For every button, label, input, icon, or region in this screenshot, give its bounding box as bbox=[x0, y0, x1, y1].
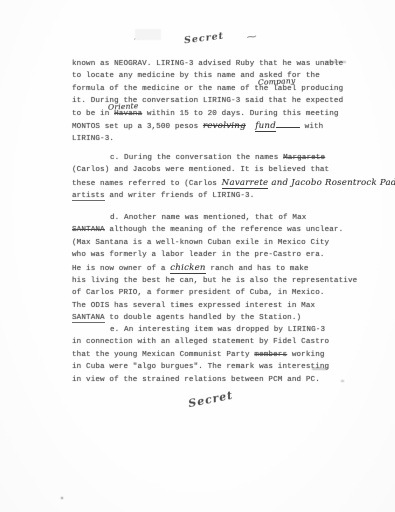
handwritten-insertion: chicken bbox=[170, 263, 206, 274]
typed-line: who was formerly a labor leader in the p… bbox=[72, 249, 354, 261]
struck-word: Margarete bbox=[283, 154, 325, 162]
struck-word: SANTANA bbox=[72, 226, 105, 234]
typed-text: and writer friends of LIRING-3. bbox=[105, 192, 255, 200]
scanned-document-page: ~ Secret ~ known as NEOGRAV. LIRING-3 ad… bbox=[0, 0, 395, 512]
typed-line: his living the best he can, but he is al… bbox=[72, 275, 354, 287]
handwritten-names: and Jacobo Rosentrock Padilla bbox=[268, 178, 395, 188]
typed-text: formula of the medicine or the name of t… bbox=[72, 85, 273, 93]
paragraph-c: c. During the conversation the names Mar… bbox=[72, 152, 354, 203]
paragraph-d: d. Another name was mentioned, that of M… bbox=[72, 212, 354, 325]
secret-stamp-top: Secret bbox=[183, 31, 224, 47]
typed-line: LIRING-3. bbox=[72, 133, 354, 145]
typed-text: He is now owner of a bbox=[72, 265, 170, 273]
fill-in-blank-line bbox=[276, 120, 300, 128]
typed-line: formula of the medicine or the name of t… bbox=[72, 83, 354, 95]
typed-line: in connection with an alleged statement … bbox=[72, 336, 354, 348]
typed-line: (Max Santana is a well-known Cuban exile… bbox=[72, 237, 354, 249]
typed-text: MONTOS set up a 3,500 pesos bbox=[72, 123, 203, 131]
typed-text: these names referred to (Carlos bbox=[72, 180, 222, 188]
scan-smudge bbox=[135, 29, 161, 40]
typed-line: to be in Havana within 15 to 20 days. Du… bbox=[72, 108, 354, 120]
typed-line: in view of the strained relations betwee… bbox=[72, 374, 354, 386]
typed-text: that the young Mexican Communist Party bbox=[72, 351, 254, 359]
pen-squiggle-right-icon: ~ bbox=[245, 29, 258, 43]
typed-line: in Cuba were "algo burgues". The remark … bbox=[72, 361, 354, 373]
typed-line: He is now owner of a chicken ranch and h… bbox=[72, 262, 354, 275]
handwritten-struck-word: revolving bbox=[203, 121, 246, 131]
scan-dot-left-bottom bbox=[61, 497, 63, 499]
typed-line: these names referred to (Carlos Navarret… bbox=[72, 177, 354, 190]
handwritten-name: Navarrete bbox=[222, 178, 269, 189]
typed-line: known as NEOGRAV. LIRING-3 advised Ruby … bbox=[72, 58, 354, 70]
typed-line: c. During the conversation the names Mar… bbox=[72, 152, 354, 164]
secret-stamp-bottom: Secret bbox=[187, 389, 234, 410]
typed-line: that the young Mexican Communist Party m… bbox=[72, 349, 354, 361]
typed-line: SANTANA although the meaning of the refe… bbox=[72, 224, 354, 236]
typed-line: e. An interesting item was dropped by LI… bbox=[72, 324, 354, 336]
handwritten-insertion: fund bbox=[255, 121, 276, 132]
typed-text: producing bbox=[297, 85, 344, 93]
typed-line: artists and writer friends of LIRING-3. bbox=[72, 190, 354, 202]
typed-line: SANTANA to double agents handled by the … bbox=[72, 312, 354, 324]
typed-line: The ODIS has several times expressed int… bbox=[72, 300, 354, 312]
typed-line: to locate any medicine by this name and … bbox=[72, 70, 354, 82]
typed-text: with bbox=[300, 123, 323, 131]
typed-text: ranch and has to make bbox=[206, 265, 309, 273]
typed-line: (Carlos) and Jacobs were mentioned. It i… bbox=[72, 164, 354, 176]
typed-line: of Carlos PRIO, a former president of Cu… bbox=[72, 287, 354, 299]
handwritten-insertion: Oriente bbox=[108, 100, 139, 114]
typed-text: c. During the conversation the names bbox=[110, 154, 283, 162]
typed-line: MONTOS set up a 3,500 pesos revolving fu… bbox=[72, 120, 354, 133]
typed-text: working bbox=[287, 351, 324, 359]
underlined-word: artists bbox=[72, 192, 105, 201]
paragraph-e: e. An interesting item was dropped by LI… bbox=[72, 324, 354, 386]
underlined-word: SANTANA bbox=[72, 314, 105, 323]
typed-text: although the meaning of the reference wa… bbox=[105, 226, 344, 234]
struck-word: members bbox=[254, 351, 287, 359]
typed-text: within 15 to 20 days. During this meetin… bbox=[142, 110, 338, 118]
paragraph-b: known as NEOGRAV. LIRING-3 advised Ruby … bbox=[72, 58, 354, 146]
handwritten-company-note: Company bbox=[258, 75, 296, 89]
typed-line: d. Another name was mentioned, that of M… bbox=[72, 212, 354, 224]
typed-text: to double agents handled by the Station.… bbox=[105, 314, 301, 322]
